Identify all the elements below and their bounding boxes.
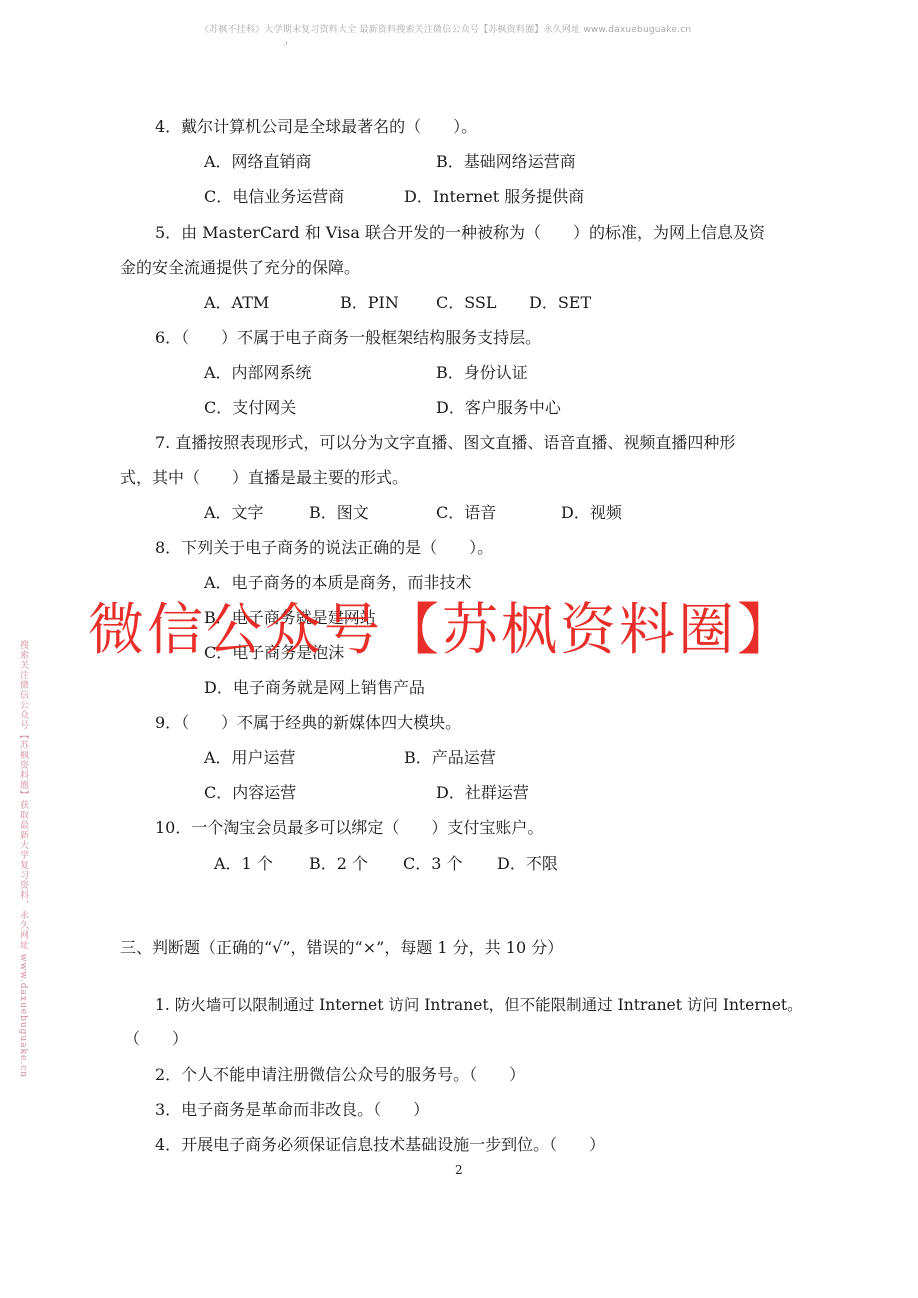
q9-option-b: B．产品运营 (404, 748, 496, 768)
q7-option-a: A．文字 (204, 503, 264, 523)
q7-option-b: B．图文 (309, 503, 369, 523)
q4-option-b: B．基础网络运营商 (436, 152, 576, 172)
q8-option-a: A．电子商务的本质是商务，而非技术 (204, 573, 472, 593)
page-number: 2 (455, 1163, 463, 1177)
q5-option-a: A．ATM (204, 293, 269, 313)
q4-option-a: A．网络直销商 (204, 152, 312, 172)
q5-option-d: D．SET (529, 293, 591, 313)
question-8-stem: 8．下列关于电子商务的说法正确的是（ ）。 (155, 538, 493, 558)
q9-option-d: D．社群运营 (436, 783, 529, 803)
question-5-stem-cont: 金的安全流通提供了充分的保障。 (120, 258, 360, 278)
question-7-stem-cont: 式，其中（ ）直播是最主要的形式。 (120, 468, 408, 488)
header-mark: ， (285, 33, 294, 46)
question-5-stem: 5．由 MasterCard 和 Visa 联合开发的一种被称为（ ）的标准，为… (155, 223, 765, 243)
question-7-stem: 7. 直播按照表现形式，可以分为文字直播、图文直播、语音直播、视频直播四种形 (155, 433, 735, 453)
q10-option-b: B．2 个 (309, 854, 368, 874)
page-header-banner: 《苏枫不挂科》大学期末复习资料大全 最新资料搜索关注微信公众号【苏枫资料圈】永久… (200, 22, 680, 35)
red-watermark: 微信公众号【苏枫资料圈】 (88, 596, 796, 666)
tf-item-3: 3．电子商务是革命而非改良。（ ） (155, 1100, 429, 1120)
tf-item-2: 2．个人不能申请注册微信公众号的服务号。（ ） (155, 1065, 525, 1085)
q5-option-b: B．PIN (340, 293, 399, 313)
q9-option-a: A．用户运营 (204, 748, 296, 768)
q10-option-d: D．不限 (497, 854, 558, 874)
tf-item-1: 1. 防火墙可以限制通过 Internet 访问 Intranet，但不能限制通… (155, 995, 803, 1015)
q6-option-a: A．内部网系统 (204, 363, 312, 383)
question-4-stem: 4．戴尔计算机公司是全球最著名的（ ）。 (155, 117, 477, 137)
tf-item-4: 4．开展电子商务必须保证信息技术基础设施一步到位。（ ） (155, 1135, 605, 1155)
tf-item-1-blank: （ ） (124, 1029, 188, 1049)
q7-option-c: C．语音 (436, 503, 496, 523)
q9-option-c: C．内容运营 (204, 783, 296, 803)
section-3-title: 三、判断题（正确的“√”，错误的“×”，每题 1 分，共 10 分） (120, 935, 563, 958)
side-watermark-text: 搜索关注微信公众号【苏枫资料圈】获取最新大学复习资料，永久网址 www.daxu… (16, 640, 30, 1078)
q8-option-d: D．电子商务就是网上销售产品 (204, 678, 425, 698)
q5-option-c: C．SSL (436, 293, 497, 313)
q6-option-c: C．支付网关 (204, 398, 296, 418)
q4-option-d: D．Internet 服务提供商 (404, 187, 584, 207)
q7-option-d: D．视频 (561, 503, 622, 523)
q6-option-d: D．客户服务中心 (436, 398, 561, 418)
q10-option-a: A．1 个 (214, 854, 273, 874)
q6-option-b: B．身份认证 (436, 363, 528, 383)
q4-option-c: C．电信业务运营商 (204, 187, 344, 207)
question-9-stem: 9．（ ）不属于经典的新媒体四大模块。 (155, 713, 461, 733)
question-10-stem: 10．一个淘宝会员最多可以绑定（ ）支付宝账户。 (155, 818, 543, 838)
q10-option-c: C．3 个 (403, 854, 463, 874)
question-6-stem: 6．（ ）不属于电子商务一般框架结构服务支持层。 (155, 328, 541, 348)
